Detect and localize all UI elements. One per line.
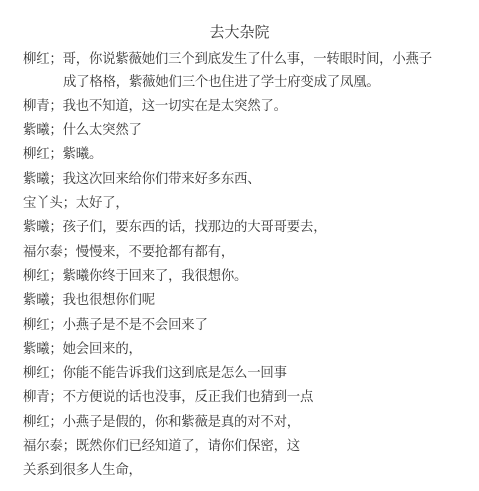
dialogue-line: 紫曦；她会回来的， bbox=[23, 341, 142, 359]
dialogue-line: 柳青；我也不知道，这一切实在是太突然了。 bbox=[23, 98, 287, 116]
dialogue-line: 柳红；紫曦你终于回来了，我很想你。 bbox=[23, 268, 247, 286]
dialogue-line: 柳红；小燕子是假的，你和紫薇是真的对不对， bbox=[23, 414, 300, 432]
document-title: 去大杂院 bbox=[0, 22, 479, 42]
dialogue-line: 柳红；紫曦。 bbox=[23, 146, 102, 164]
dialogue-line: 柳红；小燕子是不是不会回来了 bbox=[23, 317, 208, 335]
dialogue-line: 紫曦；我这次回来给你们带来好多东西、 bbox=[23, 171, 260, 189]
dialogue-line: 宝丫头；太好了， bbox=[23, 195, 129, 213]
dialogue-line: 柳红；你能不能告诉我们这到底是怎么一回事 bbox=[23, 365, 287, 383]
dialogue-line-continuation: 成了格格，紫薇她们三个也住进了学士府变成了凤凰。 bbox=[63, 74, 380, 92]
dialogue-line: 关系到很多人生命， bbox=[23, 462, 142, 480]
dialogue-line: 紫曦；我也很想你们呢 bbox=[23, 292, 155, 310]
dialogue-line: 紫曦；孩子们，要东西的话，找那边的大哥哥要去， bbox=[23, 219, 326, 237]
dialogue-line: 柳青；不方便说的话也没事，反正我们也猜到一点 bbox=[23, 389, 313, 407]
dialogue-line: 福尔泰；慢慢来，不要抢都有都有， bbox=[23, 244, 234, 262]
dialogue-line: 紫曦；什么太突然了 bbox=[23, 122, 142, 140]
dialogue-line: 福尔泰；既然你们已经知道了，请你们保密，这 bbox=[23, 438, 300, 456]
dialogue-line: 柳红；哥，你说紫薇她们三个到底发生了什么事，一转眼时间，小燕子 bbox=[23, 51, 432, 69]
